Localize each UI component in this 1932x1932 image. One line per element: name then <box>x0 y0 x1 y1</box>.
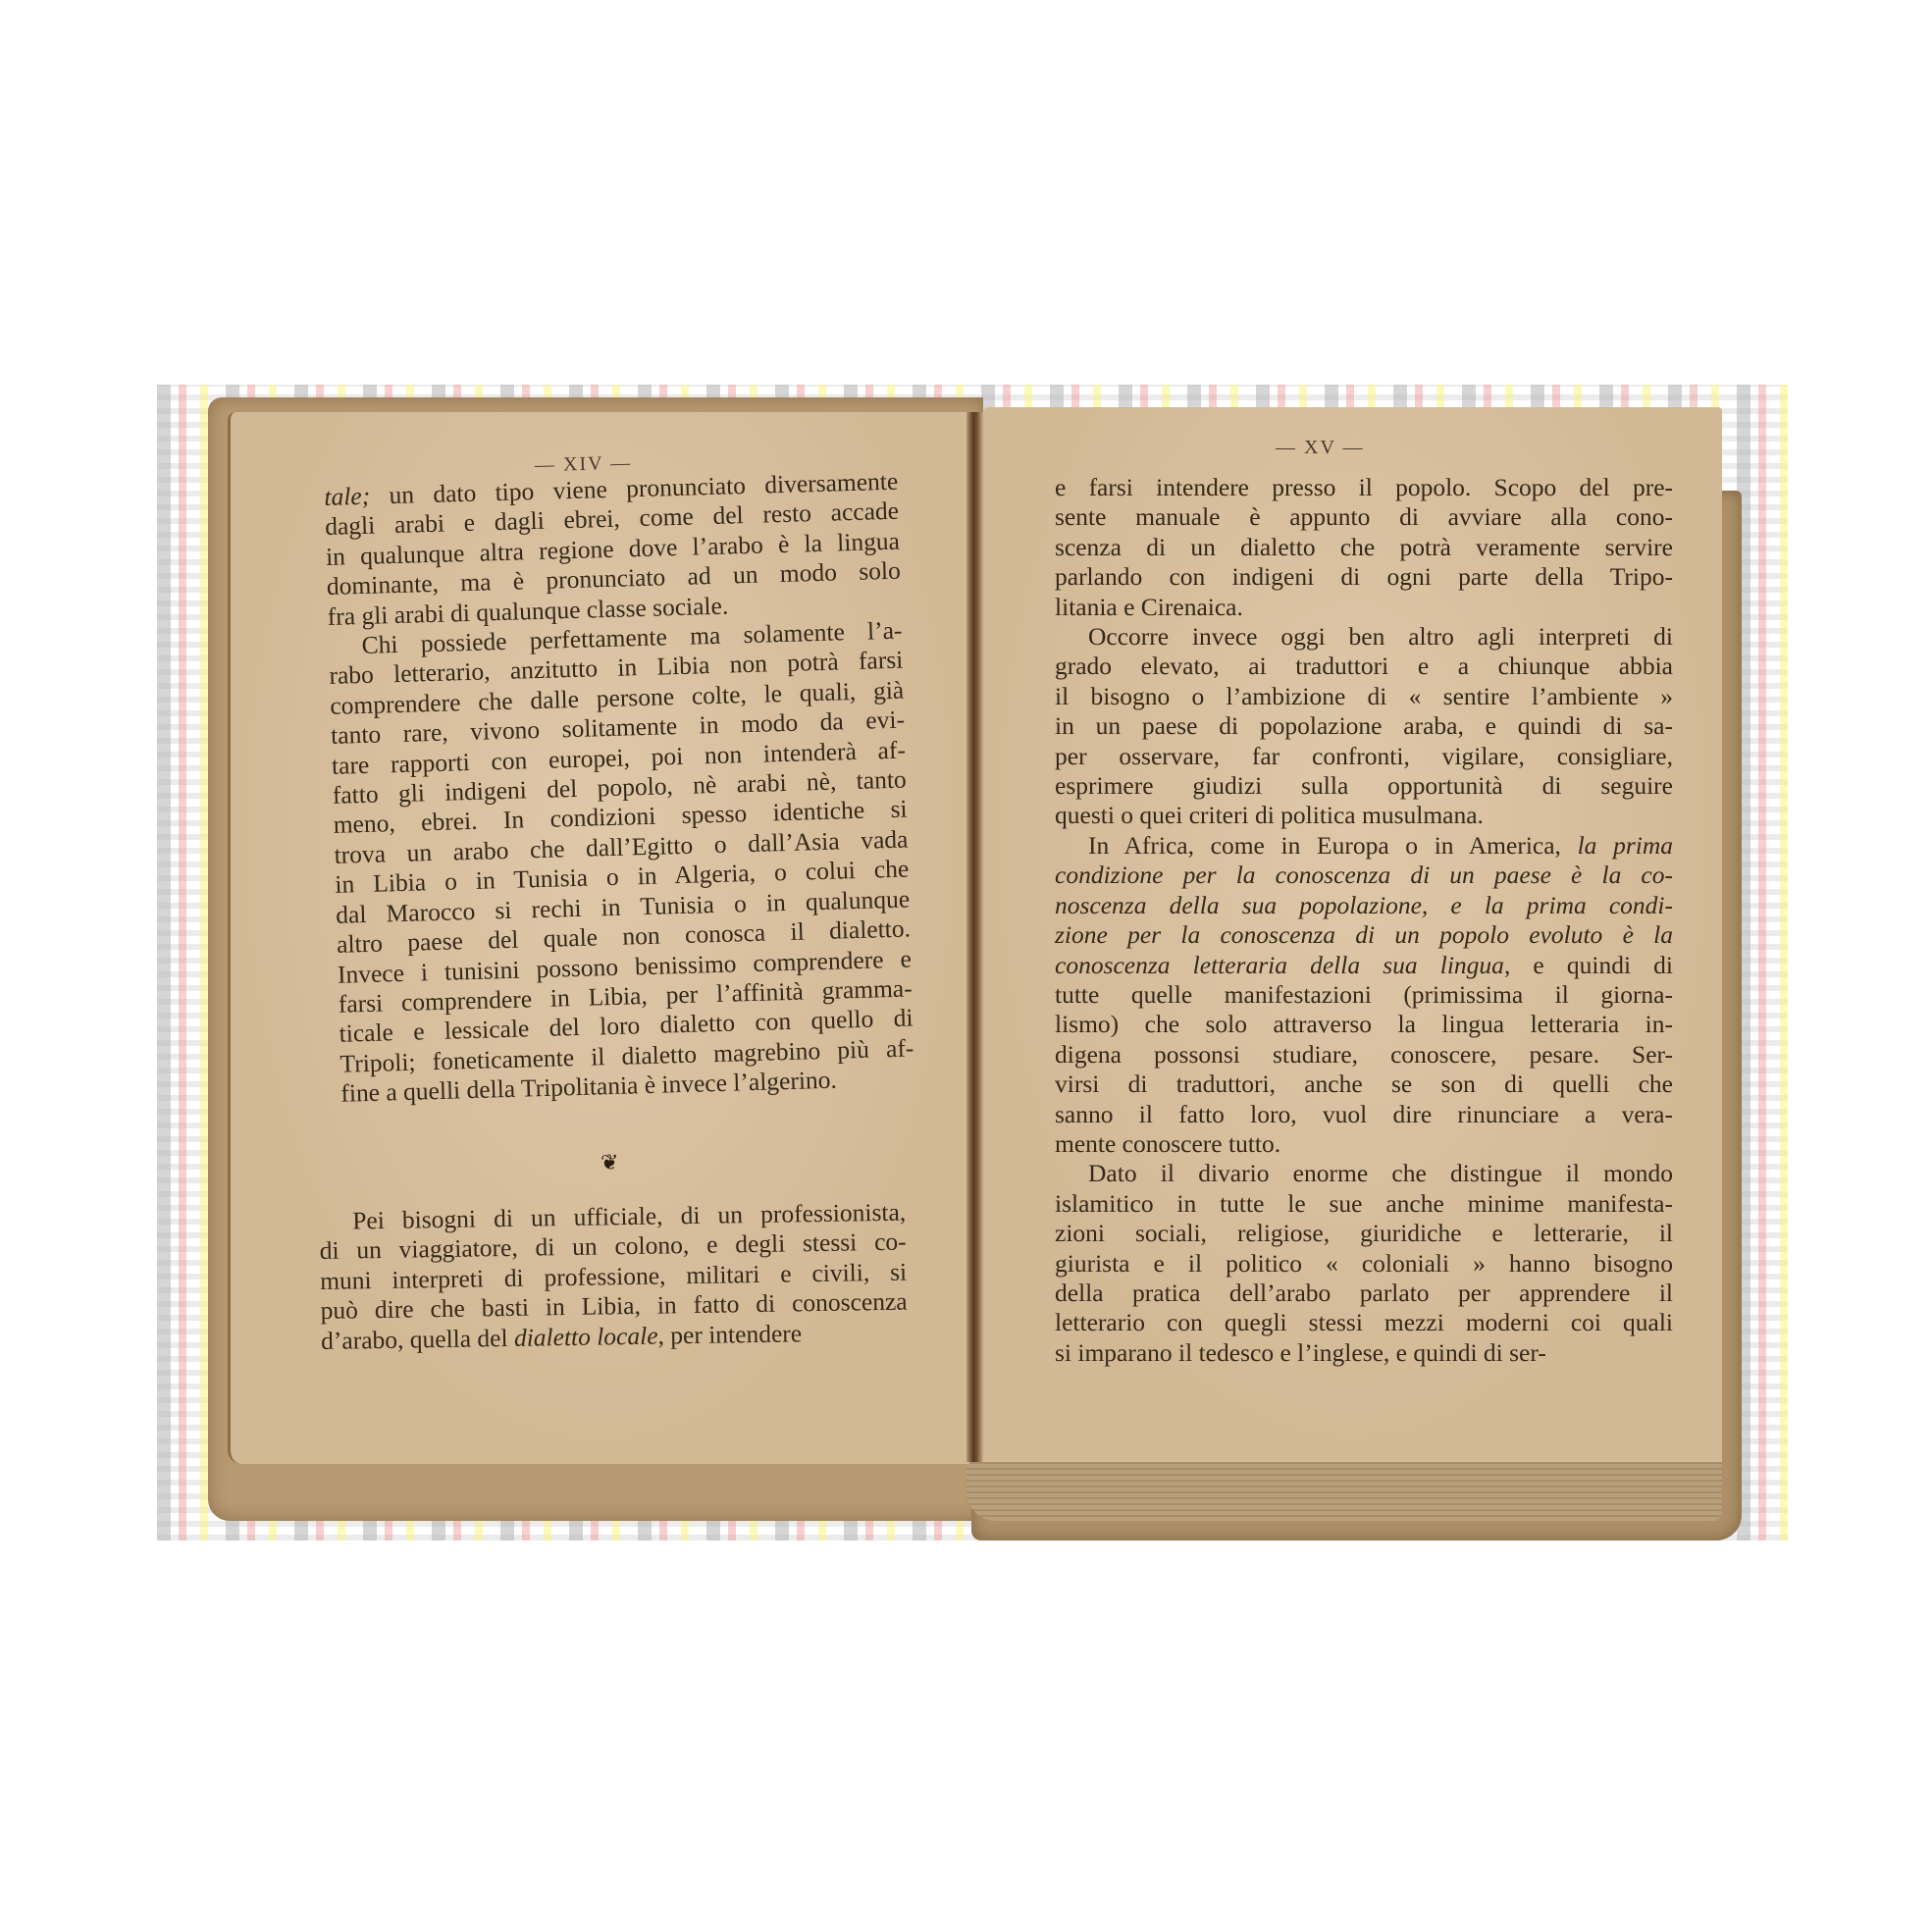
text-line: mente conoscere tutto. <box>1055 1129 1673 1159</box>
text-line: sanno il fatto loro, vuol dire rinunciar… <box>1055 1100 1673 1129</box>
text-line: questi o quei criteri di politica musulm… <box>1055 801 1673 830</box>
text-line: sente manuale è appunto di avviare alla … <box>1055 502 1673 532</box>
left-page-text-top: tale; un dato tipo viene pronunciato div… <box>324 467 915 1110</box>
text-line: zione per la conoscenza di un popolo evo… <box>1055 920 1673 950</box>
text-line: esprimere giudizi sulla opportunità di s… <box>1055 771 1673 801</box>
text-line: parlando con indigeni di ogni parte dell… <box>1055 562 1673 592</box>
page-block-edge <box>966 1452 1722 1521</box>
left-page-number: — XIV — <box>535 452 633 477</box>
text-line: noscenza della sua popolazione, e la pri… <box>1055 891 1673 920</box>
right-page-text: e farsi intendere presso il popolo. Scop… <box>1055 473 1673 1368</box>
text-line: tutte quelle manifestazioni (primissima … <box>1055 980 1673 1010</box>
text-line: in un paese di popolazione araba, e quin… <box>1055 711 1673 741</box>
text-line: In Africa, come in Europa o in America, … <box>1055 831 1673 861</box>
text-line: giurista e il politico « coloniali » han… <box>1055 1249 1673 1279</box>
book-gutter <box>966 412 983 1462</box>
text-line: Dato il divario enorme che distingue il … <box>1055 1159 1673 1188</box>
text-line: Occorre invece oggi ben altro agli inter… <box>1055 622 1673 652</box>
text-line: digena possonsi studiare, conoscere, pes… <box>1055 1040 1673 1070</box>
text-line: islamitico in tutte le sue anche minime … <box>1055 1189 1673 1219</box>
fleuron-ornament-icon: ❦ <box>600 1150 618 1175</box>
right-page-number: — XV — <box>1276 437 1365 459</box>
text-line: scenza di un dialetto che potrà verament… <box>1055 533 1673 562</box>
text-line: per osservare, far confronti, vigilare, … <box>1055 742 1673 771</box>
text-line: della pratica dell’arabo parlato per app… <box>1055 1279 1673 1308</box>
text-line: si imparano il tedesco e l’inglese, e qu… <box>1055 1338 1673 1368</box>
text-line: litania e Cirenaica. <box>1055 593 1673 622</box>
text-line: conoscenza letteraria della sua lingua, … <box>1055 951 1673 980</box>
text-line: virsi di traduttori, anche se son di que… <box>1055 1070 1673 1099</box>
text-line: zioni sociali, religiose, giuridiche e l… <box>1055 1219 1673 1248</box>
text-line: il bisogno o l’ambizione di « sentire l’… <box>1055 682 1673 711</box>
text-line: letterario con quegli stessi mezzi moder… <box>1055 1308 1673 1337</box>
text-line: condizione per la conoscenza di un paese… <box>1055 861 1673 890</box>
left-page-text-bottom: Pei bisogni di un ufficiale, di un profe… <box>319 1198 908 1356</box>
text-line: grado elevato, ai traduttori e a chiunqu… <box>1055 652 1673 681</box>
text-line: e farsi intendere presso il popolo. Scop… <box>1055 473 1673 502</box>
text-line: lismo) che solo attraverso la lingua let… <box>1055 1010 1673 1039</box>
